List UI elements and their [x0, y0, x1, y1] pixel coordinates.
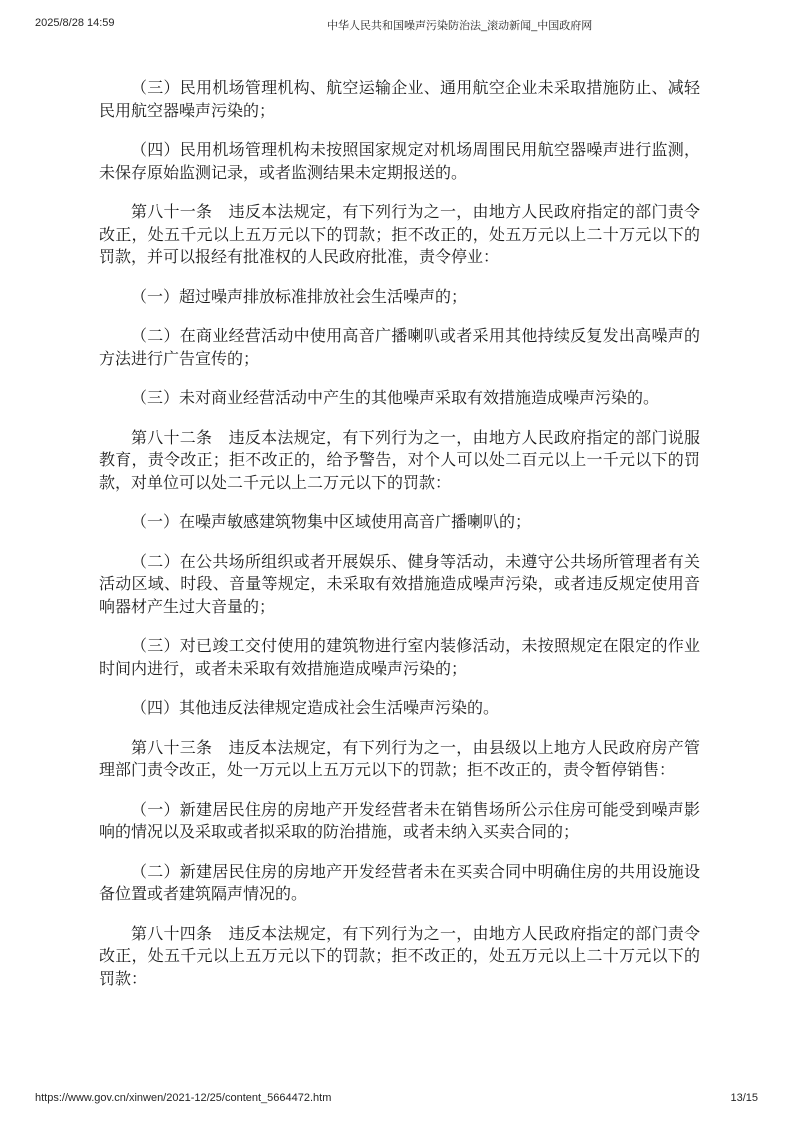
paragraph-article-83: 第八十三条 违反本法规定，有下列行为之一，由县级以上地方人民政府房产管理部门责令…: [99, 738, 700, 783]
document-body: （三）民用机场管理机构、航空运输企业、通用航空企业未采取措施防止、减轻民用航空器…: [99, 78, 700, 991]
page-number-indicator: 13/15: [730, 1092, 758, 1104]
paragraph-article-82-item-2: （二）在公共场所组织或者开展娱乐、健身等活动，未遵守公共场所管理者有关活动区域、…: [99, 552, 700, 620]
paragraph-article-83-item-2: （二）新建居民住房的房地产开发经营者未在买卖合同中明确住房的共用设施设备位置或者…: [99, 862, 700, 907]
paragraph-article-82-item-4: （四）其他违反法律规定造成社会生活噪声污染的。: [99, 698, 700, 721]
paragraph-article-81-item-1: （一）超过噪声排放标准排放社会生活噪声的；: [99, 287, 700, 310]
paragraph-article-84: 第八十四条 违反本法规定，有下列行为之一，由地方人民政府指定的部门责令改正，处五…: [99, 924, 700, 992]
paragraph-article-82-item-1: （一）在噪声敏感建筑物集中区域使用高音广播喇叭的；: [99, 512, 700, 535]
print-footer: https://www.gov.cn/xinwen/2021-12/25/con…: [0, 1090, 793, 1110]
print-header: 2025/8/28 14:59 中华人民共和国噪声污染防治法_滚动新闻_中国政府…: [0, 15, 793, 35]
paragraph-article-81-item-3: （三）未对商业经营活动中产生的其他噪声采取有效措施造成噪声污染的。: [99, 388, 700, 411]
paragraph-article-81-item-2: （二）在商业经营活动中使用高音广播喇叭或者采用其他持续反复发出高噪声的方法进行广…: [99, 326, 700, 371]
paragraph-clause-3-airport: （三）民用机场管理机构、航空运输企业、通用航空企业未采取措施防止、减轻民用航空器…: [99, 78, 700, 123]
paragraph-article-81: 第八十一条 违反本法规定，有下列行为之一，由地方人民政府指定的部门责令改正，处五…: [99, 202, 700, 270]
paragraph-article-82: 第八十二条 违反本法规定，有下列行为之一，由地方人民政府指定的部门说服教育，责令…: [99, 428, 700, 496]
paragraph-article-83-item-1: （一）新建居民住房的房地产开发经营者未在销售场所公示住房可能受到噪声影响的情况以…: [99, 800, 700, 845]
printed-page: { "header": { "datetime": "2025/8/28 14:…: [0, 0, 793, 1122]
paragraph-article-82-item-3: （三）对已竣工交付使用的建筑物进行室内装修活动，未按照规定在限定的作业时间内进行…: [99, 636, 700, 681]
source-url: https://www.gov.cn/xinwen/2021-12/25/con…: [35, 1092, 331, 1104]
paragraph-clause-4-monitoring: （四）民用机场管理机构未按照国家规定对机场周围民用航空器噪声进行监测，未保存原始…: [99, 140, 700, 185]
page-title: 中华人民共和国噪声污染防治法_滚动新闻_中国政府网: [327, 17, 592, 33]
print-datetime: 2025/8/28 14:59: [35, 17, 115, 29]
